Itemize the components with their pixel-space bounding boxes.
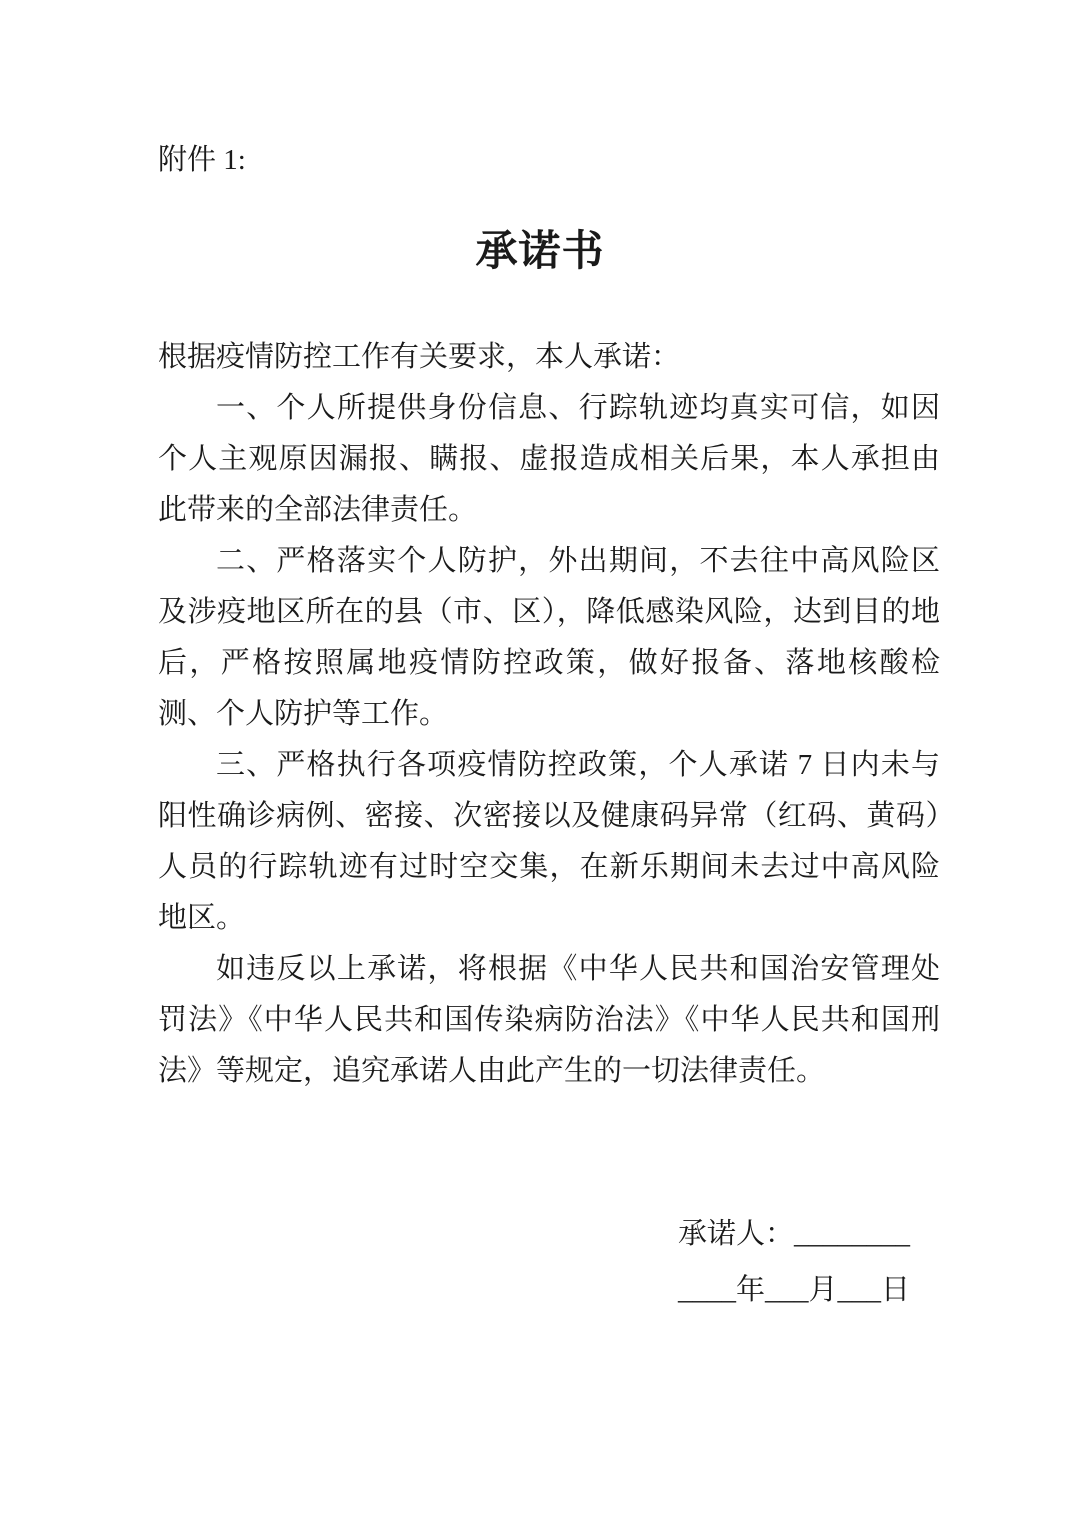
attachment-label: 附件 1:: [158, 140, 246, 180]
signer-line: 承诺人：________: [678, 1206, 910, 1262]
violation-clause: 如违反以上承诺，将根据《中华人民共和国治安管理处罚法》《中华人民共和国传染病防治…: [158, 944, 940, 1097]
signer-label: 承诺人：: [678, 1218, 794, 1250]
document-title: 承诺书: [0, 224, 1080, 280]
date-line: ____年___月___日: [678, 1262, 910, 1318]
signature-block: 承诺人：________ ____年___月___日: [678, 1206, 910, 1318]
intro-line: 根据疫情防控工作有关要求，本人承诺：: [158, 332, 940, 383]
signer-blank-line: ________: [794, 1218, 910, 1250]
document-page: 附件 1: 承诺书 根据疫情防控工作有关要求，本人承诺： 一、个人所提供身份信息…: [0, 0, 1080, 1527]
commitment-item-3: 三、严格执行各项疫情防控政策，个人承诺 7 日内未与阳性确诊病例、密接、次密接以…: [158, 740, 940, 944]
commitment-item-1: 一、个人所提供身份信息、行踪轨迹均真实可信，如因个人主观原因漏报、瞒报、虚报造成…: [158, 383, 940, 536]
document-body: 根据疫情防控工作有关要求，本人承诺： 一、个人所提供身份信息、行踪轨迹均真实可信…: [158, 332, 940, 1097]
commitment-item-2: 二、严格落实个人防护，外出期间，不去往中高风险区及涉疫地区所在的县（市、区），降…: [158, 536, 940, 740]
